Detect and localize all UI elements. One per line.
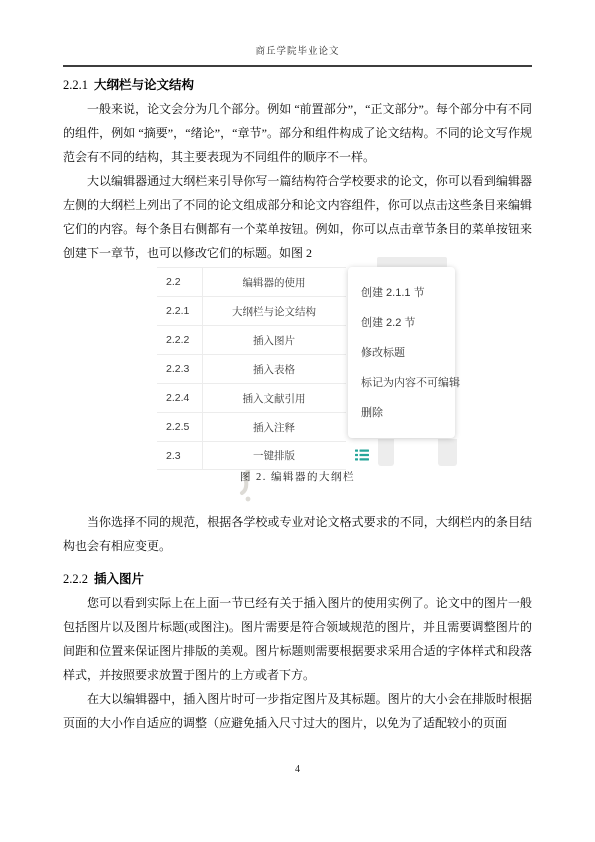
- outline-row: 2.3 一键排版: [157, 441, 346, 470]
- section-number: 2.2.2: [63, 572, 88, 586]
- section-heading-221: 2.2.1大纲栏与论文结构: [63, 77, 532, 94]
- list-icon: [355, 449, 369, 461]
- section-heading-222: 2.2.2插入图片: [63, 571, 532, 588]
- outline-row-label: 插入图片: [202, 333, 346, 348]
- outline-row-number: 2.2.1: [157, 305, 202, 317]
- outline-row-label: 插入文献引用: [202, 391, 346, 406]
- outline-row: 2.2.3 插入表格: [157, 354, 346, 383]
- menu-item-create-subsection: 创建 2.1.1 节: [348, 278, 455, 308]
- outline-row-number: 2.2.5: [157, 421, 202, 433]
- page-number: 4: [0, 764, 595, 775]
- outline-row: 2.2.4 插入文献引用: [157, 383, 346, 412]
- outline-row-label: 大纲栏与论文结构: [202, 304, 346, 319]
- background-ui-bar: [438, 439, 457, 466]
- section-title: 大纲栏与论文结构: [94, 78, 194, 92]
- outline-row: 2.2.2 插入图片: [157, 325, 346, 354]
- outline-row: 2.2.5 插入注释: [157, 412, 346, 441]
- running-header: 商丘学院毕业论文: [63, 46, 532, 67]
- outline-row-number: 2.3: [157, 450, 202, 462]
- outline-row: 2.2 编辑器的使用: [157, 267, 346, 296]
- figure-screenshot: 2.2 编辑器的使用 2.2.1 大纲栏与论文结构 2.2.2 插入图片 2.2…: [157, 265, 469, 470]
- menu-item-mark-readonly: 标记为内容不可编辑: [348, 368, 455, 398]
- outline-panel: 2.2 编辑器的使用 2.2.1 大纲栏与论文结构 2.2.2 插入图片 2.2…: [157, 267, 346, 470]
- outline-row-number: 2.2.2: [157, 334, 202, 346]
- background-ui-bar: [378, 439, 394, 466]
- outline-row-label: 插入注释: [202, 420, 346, 435]
- outline-row-label: 编辑器的使用: [202, 275, 346, 290]
- paragraph: 大以编辑器通过大纲栏来引导你写一篇结构符合学校要求的论文，你可以看到编辑器左侧的…: [63, 169, 532, 265]
- outline-row-number: 2.2.3: [157, 363, 202, 375]
- figure-editor-outline: 2.2 编辑器的使用 2.2.1 大纲栏与论文结构 2.2.2 插入图片 2.2…: [63, 265, 532, 484]
- outline-row-number: 2.2.4: [157, 392, 202, 404]
- context-menu: 创建 2.1.1 节 创建 2.2 节 修改标题 标记为内容不可编辑 删除: [348, 267, 455, 438]
- paragraph: 在大以编辑器中，插入图片时可一步指定图片及其标题。图片的大小会在排版时根据页面的…: [63, 687, 532, 735]
- menu-item-rename: 修改标题: [348, 338, 455, 368]
- menu-item-create-section: 创建 2.2 节: [348, 308, 455, 338]
- paragraph: 当你选择不同的规范，根据各学校或专业对论文格式要求的不同，大纲栏内的条目结构也会…: [63, 510, 532, 558]
- paragraph: 一般来说，论文会分为几个部分。例如 “前置部分”，“正文部分”。每个部分中有不同…: [63, 97, 532, 169]
- document-page: 商丘学院毕业论文 2.2.1大纲栏与论文结构 一般来说，论文会分为几个部分。例如…: [0, 0, 595, 842]
- outline-row-label: 插入表格: [202, 362, 346, 377]
- outline-row-label: 一键排版: [202, 448, 346, 463]
- paragraph: 您可以看到实际上在上面一节已经有关于插入图片的使用实例了。论文中的图片一般包括图…: [63, 591, 532, 687]
- column-divider: [202, 267, 203, 470]
- figure-caption: 图 2. 编辑器的大纲栏: [63, 471, 532, 484]
- outline-row-number: 2.2: [157, 276, 202, 288]
- section-number: 2.2.1: [63, 78, 88, 92]
- section-title: 插入图片: [94, 572, 144, 586]
- menu-item-delete: 删除: [348, 398, 455, 428]
- outline-row: 2.2.1 大纲栏与论文结构: [157, 296, 346, 325]
